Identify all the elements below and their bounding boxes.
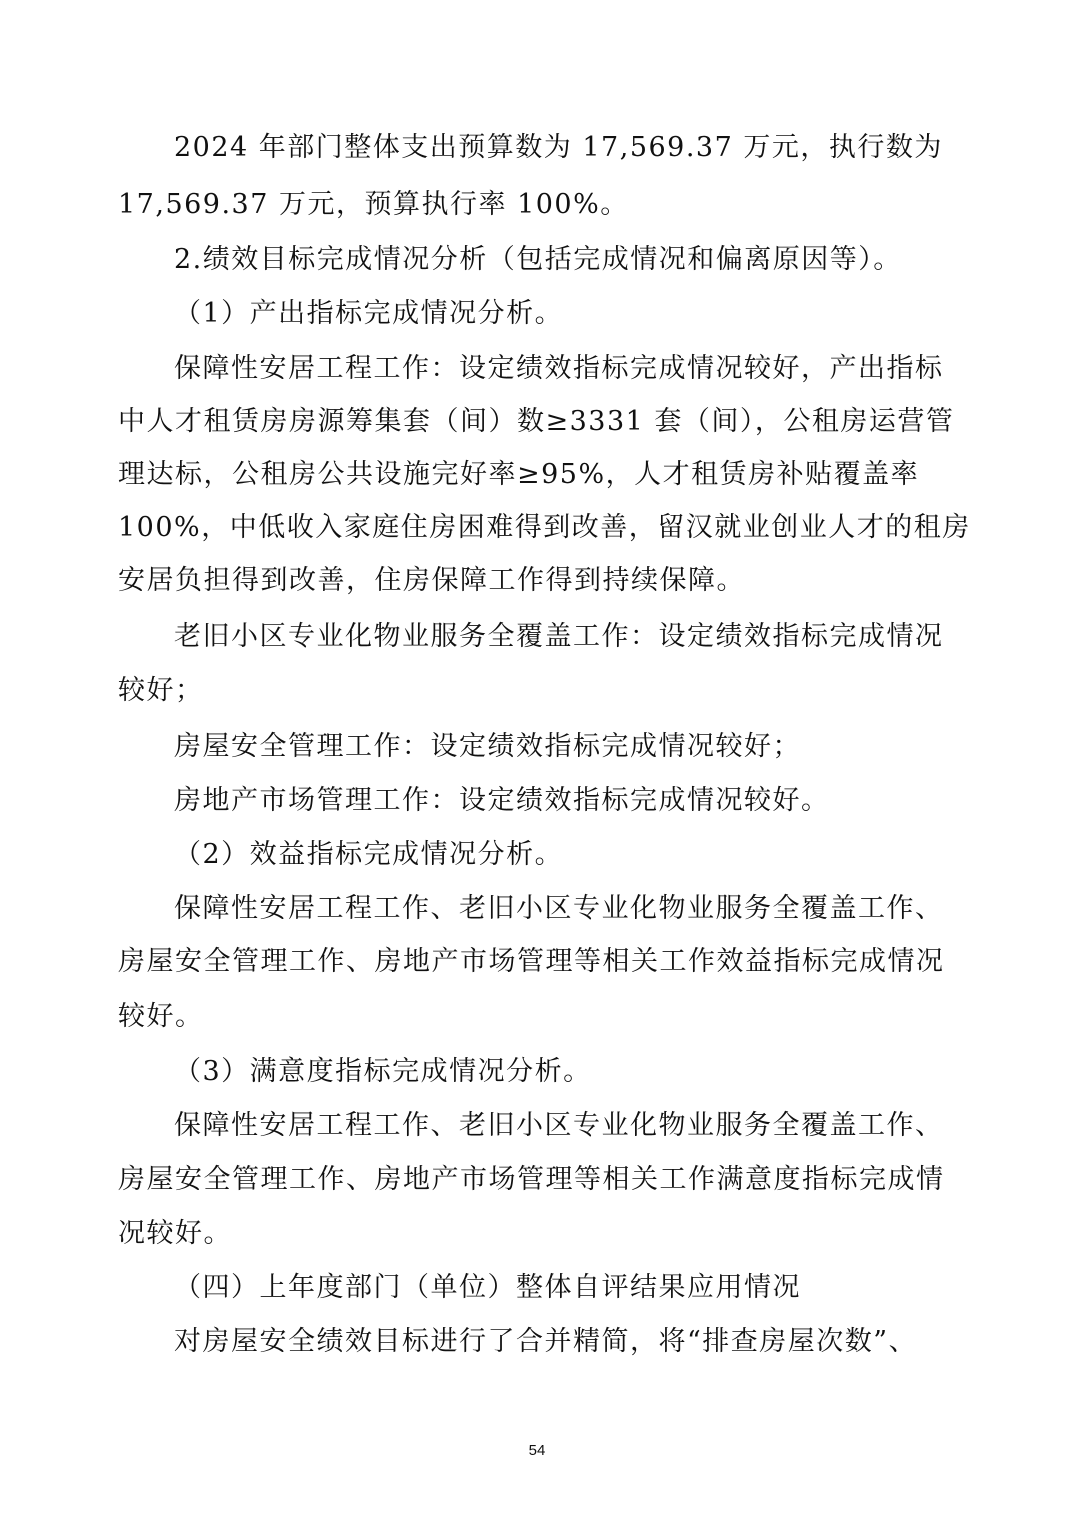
section-heading: 2.绩效目标完成情况分析（包括完成情况和偏离原因等）。 xyxy=(174,243,1014,277)
paragraph-line: 房屋安全管理工作、房地产市场管理等相关工作效益指标完成情况 xyxy=(118,945,958,979)
section-heading: （四）上年度部门（单位）整体自评结果应用情况 xyxy=(174,1271,1014,1305)
paragraph-line: 况较好。 xyxy=(118,1217,958,1251)
subsection-heading: （3）满意度指标完成情况分析。 xyxy=(174,1055,1014,1089)
paragraph-line: 安居负担得到改善，住房保障工作得到持续保障。 xyxy=(118,564,958,598)
paragraph-line: 保障性安居工程工作、老旧小区专业化物业服务全覆盖工作、 xyxy=(174,1109,1014,1143)
paragraph-line: 较好； xyxy=(118,674,958,708)
page-number: 54 xyxy=(0,1442,1074,1459)
paragraph-line: 理达标，公租房公共设施完好率≥95%，人才租赁房补贴覆盖率 xyxy=(118,458,958,492)
document-page: 2024 年部门整体支出预算数为 17,569.37 万元，执行数为 17,56… xyxy=(0,0,1074,1520)
paragraph-line: 2024 年部门整体支出预算数为 17,569.37 万元，执行数为 xyxy=(174,131,1014,165)
paragraph-line: 100%，中低收入家庭住房困难得到改善，留汉就业创业人才的租房 xyxy=(118,511,958,545)
paragraph-line: 老旧小区专业化物业服务全覆盖工作：设定绩效指标完成情况 xyxy=(174,620,1014,654)
paragraph-line: 房地产市场管理工作：设定绩效指标完成情况较好。 xyxy=(174,784,1014,818)
paragraph-line: 17,569.37 万元，预算执行率 100%。 xyxy=(118,188,958,222)
subsection-heading: （2）效益指标完成情况分析。 xyxy=(174,838,1014,872)
paragraph-line: 房屋安全管理工作：设定绩效指标完成情况较好； xyxy=(174,730,1014,764)
paragraph-line: 中人才租赁房房源筹集套（间）数≥3331 套（间），公租房运营管 xyxy=(118,405,958,439)
paragraph-line: 房屋安全管理工作、房地产市场管理等相关工作满意度指标完成情 xyxy=(118,1163,958,1197)
subsection-heading: （1）产出指标完成情况分析。 xyxy=(174,297,1014,331)
paragraph-line: 保障性安居工程工作、老旧小区专业化物业服务全覆盖工作、 xyxy=(174,892,1014,926)
paragraph-line: 较好。 xyxy=(118,1000,958,1034)
paragraph-line: 对房屋安全绩效目标进行了合并精简，将“排查房屋次数”、 xyxy=(174,1325,1014,1359)
paragraph-line: 保障性安居工程工作：设定绩效指标完成情况较好，产出指标 xyxy=(174,352,1014,386)
